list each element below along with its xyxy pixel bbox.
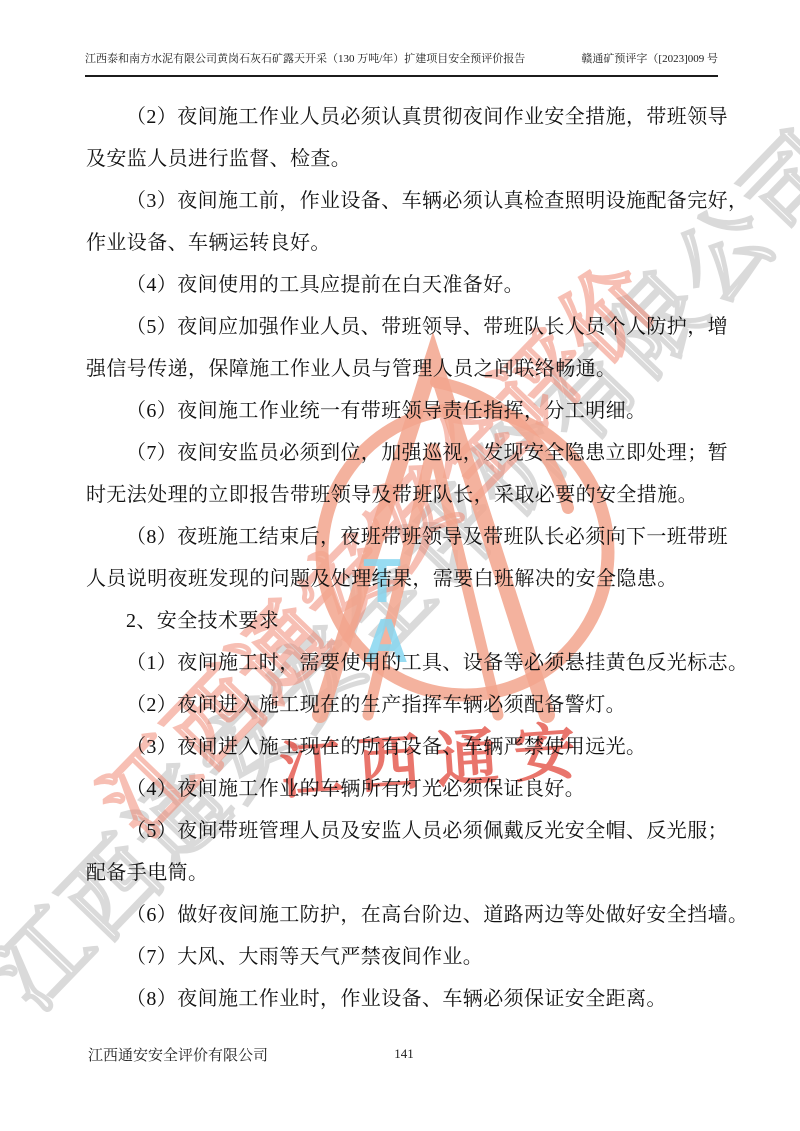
text-line: （6）做好夜间施工防护，在高台阶边、道路两边等处做好安全挡墙。 — [86, 894, 726, 936]
text-line: （4）夜间使用的工具应提前在白天准备好。 — [86, 264, 726, 306]
text-line: （3）夜间进入施工现在的所有设备、车辆严禁使用远光。 — [86, 726, 726, 768]
text-line: （8）夜班施工结束后，夜班带班领导及带班队长必须向下一班带班 — [86, 516, 726, 558]
header-report-title: 江西泰和南方水泥有限公司黄岗石灰石矿露天开采（130 万吨/年）扩建项目安全预评… — [85, 50, 525, 66]
document-page: 江西通安安全评价有限公司 江西通安安全评价 T A 江西通安 江西泰和南方水泥有… — [0, 0, 800, 1131]
text-line: 时无法处理的立即报告带班领导及带班队长，采取必要的安全措施。 — [86, 474, 726, 516]
text-line: 配备手电筒。 — [86, 852, 726, 894]
page-number: 141 — [0, 1046, 800, 1062]
text-line: 强信号传递，保障施工作业人员与管理人员之间联络畅通。 — [86, 348, 726, 390]
text-line: （5）夜间应加强作业人员、带班领导、带班队长人员个人防护，增 — [86, 306, 726, 348]
text-line: 人员说明夜班发现的问题及处理结果，需要白班解决的安全隐患。 — [86, 558, 726, 600]
header-document-number: 赣通矿预评字（[2023]009 号 — [581, 50, 718, 66]
text-line: （1）夜间施工时，需要使用的工具、设备等必须悬挂黄色反光标志。 — [86, 642, 726, 684]
text-line: （2）夜间施工作业人员必须认真贯彻夜间作业安全措施，带班领导 — [86, 96, 726, 138]
text-line: 及安监人员进行监督、检查。 — [86, 138, 726, 180]
text-line: 2、安全技术要求 — [86, 600, 726, 642]
text-line: （4）夜间施工作业的车辆所有灯光必须保证良好。 — [86, 768, 726, 810]
text-line: 作业设备、车辆运转良好。 — [86, 222, 726, 264]
text-line: （8）夜间施工作业时，作业设备、车辆必须保证安全距离。 — [86, 978, 726, 1020]
text-line: （2）夜间进入施工现在的生产指挥车辆必须配备警灯。 — [86, 684, 726, 726]
text-line: （5）夜间带班管理人员及安监人员必须佩戴反光安全帽、反光服； — [86, 810, 726, 852]
text-line: （6）夜间施工作业统一有带班领导责任指挥，分工明细。 — [86, 390, 726, 432]
text-line: （7）大风、大雨等天气严禁夜间作业。 — [86, 936, 726, 978]
text-line: （3）夜间施工前，作业设备、车辆必须认真检查照明设施配备完好， — [86, 180, 726, 222]
page-header: 江西泰和南方水泥有限公司黄岗石灰石矿露天开采（130 万吨/年）扩建项目安全预评… — [85, 50, 718, 77]
document-body: （2）夜间施工作业人员必须认真贯彻夜间作业安全措施，带班领导及安监人员进行监督、… — [86, 96, 726, 1020]
text-line: （7）夜间安监员必须到位，加强巡视，发现安全隐患立即处理；暂 — [86, 432, 726, 474]
